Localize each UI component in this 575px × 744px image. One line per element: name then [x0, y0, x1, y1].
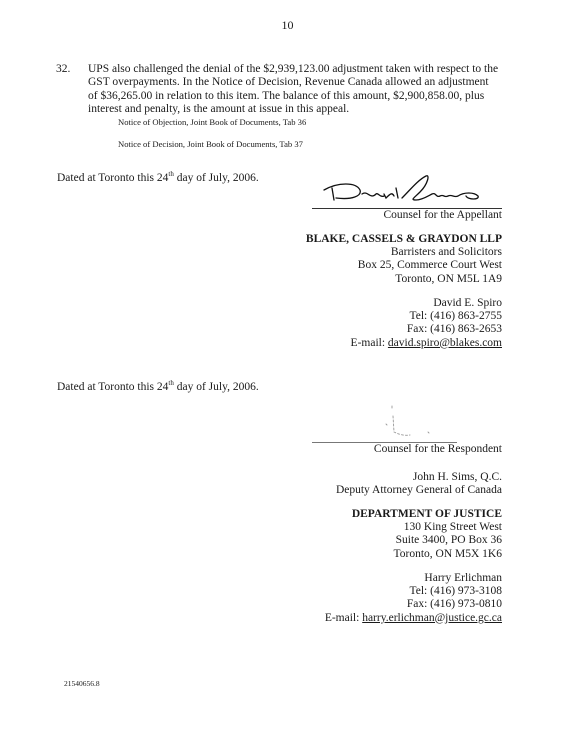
firm-line: Box 25, Commerce Court West: [306, 259, 502, 272]
citation-objection: Notice of Objection, Joint Book of Docum…: [118, 117, 306, 127]
contact-fax: Fax: (416) 863-2653: [351, 323, 502, 336]
contact-tel: Tel: (416) 863-2755: [351, 310, 502, 323]
dated-line-appellant: Dated at Toronto this 24th day of July, …: [57, 172, 259, 184]
contact-name: Harry Erlichman: [325, 572, 502, 585]
paragraph-line: GST overpayments. In the Notice of Decis…: [88, 76, 518, 89]
paragraph-line: UPS also challenged the denial of the $2…: [88, 63, 518, 76]
firm-name: BLAKE, CASSELS & GRAYDON LLP: [306, 233, 502, 246]
dated-text: Dated at Toronto this 24: [57, 172, 168, 184]
department-line: 130 King Street West: [352, 521, 502, 534]
dated-text-rest: day of July, 2006.: [174, 172, 259, 184]
contact-email-row: E-mail: david.spiro@blakes.com: [351, 337, 502, 350]
paragraph-line: of $36,265.00 in relation to this item. …: [88, 90, 518, 103]
paragraph-number: 32.: [56, 63, 70, 75]
page-number: 10: [0, 18, 575, 33]
document-id: 21540656.8: [64, 679, 100, 688]
email-label: E-mail:: [325, 612, 362, 624]
paragraph-line: interest and penalty, is the amount at i…: [88, 103, 518, 116]
dated-text-rest: day of July, 2006.: [174, 381, 259, 393]
officer-block: John H. Sims, Q.C. Deputy Attorney Gener…: [336, 471, 502, 497]
department-line: Toronto, ON M5X 1K6: [352, 548, 502, 561]
department-line: Suite 3400, PO Box 36: [352, 534, 502, 547]
counsel-label-appellant: Counsel for the Appellant: [384, 209, 503, 222]
contact-tel: Tel: (416) 973-3108: [325, 585, 502, 598]
handwritten-signature-icon: [318, 170, 508, 210]
email-link[interactable]: david.spiro@blakes.com: [388, 337, 502, 349]
dated-text: Dated at Toronto this 24: [57, 381, 168, 393]
counsel-label-respondent: Counsel for the Respondent: [374, 443, 502, 456]
faint-signature-icon: [380, 402, 450, 442]
firm-line: Barristers and Solicitors: [306, 246, 502, 259]
appellant-contact-block: David E. Spiro Tel: (416) 863-2755 Fax: …: [351, 297, 502, 350]
contact-fax: Fax: (416) 973-0810: [325, 598, 502, 611]
officer-title: Deputy Attorney General of Canada: [336, 484, 502, 497]
firm-address-block: BLAKE, CASSELS & GRAYDON LLP Barristers …: [306, 233, 502, 286]
officer-name: John H. Sims, Q.C.: [336, 471, 502, 484]
department-name: DEPARTMENT OF JUSTICE: [352, 508, 502, 521]
department-address-block: DEPARTMENT OF JUSTICE 130 King Street We…: [352, 508, 502, 561]
firm-line: Toronto, ON M5L 1A9: [306, 273, 502, 286]
email-label: E-mail:: [351, 337, 388, 349]
paragraph-body: UPS also challenged the denial of the $2…: [88, 63, 518, 117]
citation-decision: Notice of Decision, Joint Book of Docume…: [118, 139, 303, 149]
respondent-contact-block: Harry Erlichman Tel: (416) 973-3108 Fax:…: [325, 572, 502, 625]
email-link[interactable]: harry.erlichman@justice.gc.ca: [362, 612, 502, 624]
contact-email-row: E-mail: harry.erlichman@justice.gc.ca: [325, 612, 502, 625]
contact-name: David E. Spiro: [351, 297, 502, 310]
dated-line-respondent: Dated at Toronto this 24th day of July, …: [57, 381, 259, 393]
